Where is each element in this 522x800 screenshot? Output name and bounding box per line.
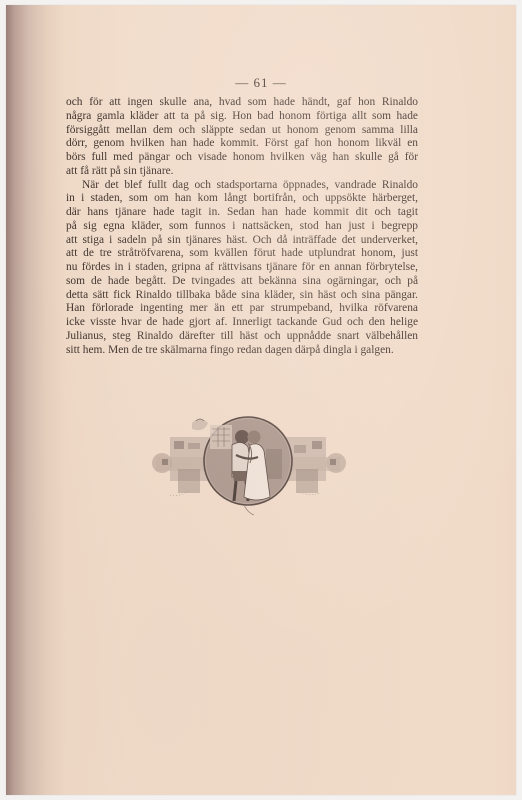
text-line: börs full med pängar och visade honom hv… [66, 151, 418, 165]
paragraph-1: och för att ingen skulle ana, hvad som h… [66, 96, 418, 179]
text-line: sitt hem. Men de tre skälmarna fingo red… [66, 344, 418, 358]
text-line: in i staden, som om han kom långt bortif… [66, 192, 418, 206]
text-line: detta sätt fick Rinaldo tillbaka både si… [66, 289, 418, 303]
body-text: och för att ingen skulle ana, hvad som h… [66, 96, 418, 357]
text-line: där hans tjänare hade tagit in. Sedan ha… [66, 206, 418, 220]
text-line: på sig egna kläder, som funnos i nattsäc… [66, 220, 418, 234]
text-line: dörr, genom hvilken han hade kommit. För… [66, 137, 418, 151]
page-number: — 61 — [6, 75, 516, 91]
text-line: och för att ingen skulle ana, hvad som h… [66, 96, 418, 110]
text-line: nu fördes in i staden, gripna af rättvis… [66, 261, 418, 275]
book-page: — 61 — och för att ingen skulle ana, hva… [6, 5, 516, 795]
text-line: att de tre stråtröfvarena, som kvällen f… [66, 247, 418, 261]
text-line: Julianus, steg Rinaldo därefter till häs… [66, 330, 418, 344]
paragraph-2: När det blef fullt dag och stadsportarna… [66, 179, 418, 358]
text-line: icke visste hvar de hade gjort af. Inner… [66, 316, 418, 330]
text-line: att få rätt på sin tjänare. [66, 165, 418, 179]
medallion-couple-icon [204, 417, 292, 505]
text-line: När det blef fullt dag och stadsportarna… [66, 179, 418, 193]
text-line: några gamla kläder att ta på sig. Hon ba… [66, 110, 418, 124]
text-line: Han förlorade ingenting mer än ett par s… [66, 302, 418, 316]
text-line: försiggått mellan dem och släppte sedan … [66, 124, 418, 138]
text-line: att stiga i sadeln på sin tjänares häst.… [66, 234, 418, 248]
decorative-vignette-icon [148, 405, 348, 517]
text-line: som de hade begått. De tvingades att bek… [66, 275, 418, 289]
